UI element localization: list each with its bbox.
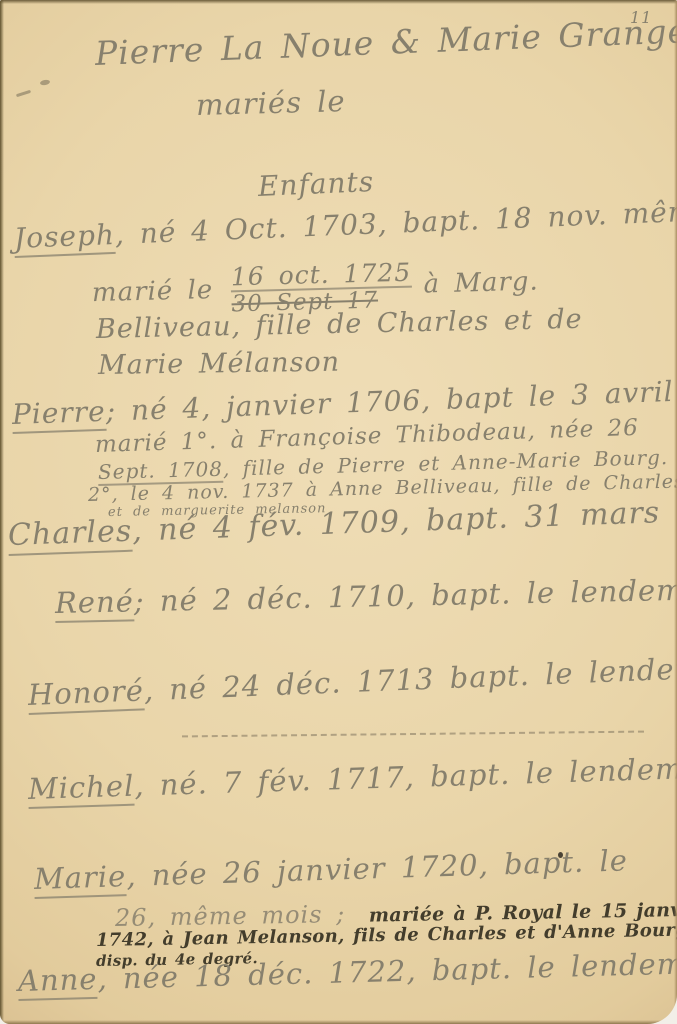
joseph-birth-text: , né 4 Oct. 1703, bapt. 18 nov. même ann… [114, 189, 677, 251]
entry-joseph-spouse-2: Marie Mélanson [98, 347, 341, 381]
entry-honore-birth: Honoré, né 24 déc. 1713 bapt. le lendema… [27, 649, 677, 712]
children-heading: Enfants [257, 165, 375, 203]
entry-rene-birth: René; né 2 déc. 1710, bapt. le lendemain [55, 572, 677, 620]
child-name-charles: Charles [7, 514, 133, 556]
page-edge-top [0, 0, 677, 4]
child-name-rene: René [55, 584, 135, 623]
child-name-michel: Michel [27, 769, 134, 809]
entry-michel-birth: Michel, né. 7 fév. 1717, bapt. le lendem… [27, 750, 677, 806]
child-name-anne: Anne [18, 962, 98, 1001]
child-name-marie: Marie [33, 859, 126, 899]
entry-marie-birth: Marie, née 26 janvier 1720, bapt. le [33, 843, 628, 896]
joseph-marriage-prefix: marié le [92, 275, 214, 308]
dashed-separator [182, 731, 644, 738]
child-name-joseph: Joseph [13, 218, 115, 258]
michel-birth-text: , né. 7 fév. 1717, bapt. le lendemain [134, 750, 677, 803]
child-name-honore: Honoré [27, 673, 144, 715]
pencil-smudge [40, 79, 51, 86]
honore-birth-text: , né 24 déc. 1713 bapt. le lendemain [143, 649, 677, 707]
corrected-date: 16 oct. 1725 [231, 260, 412, 293]
manuscript-page: 11 Pierre La Noue & Marie Granger. marié… [0, 0, 677, 1024]
page-edge-bottom [0, 1020, 677, 1024]
joseph-marriage-suffix: à Marg. [423, 266, 539, 299]
rene-birth-text: ; né 2 déc. 1710, bapt. le lendemain [133, 572, 677, 619]
marie-birth-text: , née 26 janvier 1720, bapt. le [126, 843, 629, 893]
pencil-smudge [16, 90, 31, 97]
child-name-pierre: Pierre [11, 395, 106, 434]
page-edge-left [0, 0, 4, 1024]
page-title: Pierre La Noue & Marie Granger. [94, 10, 677, 73]
marriage-line: mariés le [196, 84, 346, 122]
